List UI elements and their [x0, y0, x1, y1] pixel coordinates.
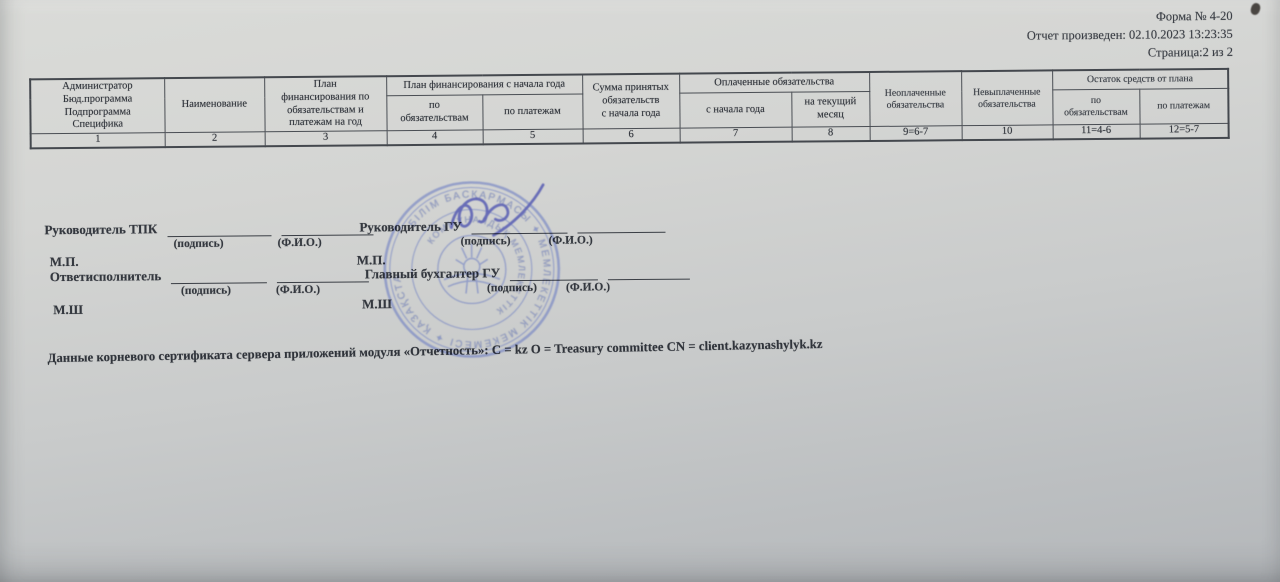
form-number: Форма № 4-20 — [1027, 8, 1233, 28]
stamp-inner-text: КОММУНАЛДЫҚ МЕМЛЕКЕТТІК — [425, 214, 527, 318]
table-header-row-groups: Администратор Бюд.программа Подпрограмма… — [30, 69, 1228, 99]
header-remainder-group: Остаток средств от плана — [1052, 69, 1228, 90]
colnum-2: 2 — [165, 132, 265, 147]
mp-mark-left: М.П. — [50, 254, 79, 270]
stamp-emblem — [444, 243, 500, 293]
document-meta: Форма № 4-20 Отчет произведен: 02.10.202… — [1027, 8, 1233, 63]
header-name: Наименование — [164, 77, 264, 133]
report-table: Администратор Бюд.программа Подпрограмма… — [29, 68, 1230, 150]
subheader-rem-by-payments: по платежам — [1139, 89, 1228, 125]
colnum-8: 8 — [792, 127, 870, 142]
fio-caption: (Ф.И.О.) — [566, 281, 610, 293]
tpk-head-signature-line: Руководитель ТПК — [44, 219, 373, 238]
tpk-head-label: Руководитель ТПК — [44, 221, 157, 238]
header-undisbursed: Невыплаченные обязательства — [961, 70, 1052, 125]
colnum-9: 9=6-7 — [870, 126, 962, 141]
header-plan-ytd-group: План финансирования с начала года — [386, 74, 582, 96]
colnum-6: 6 — [583, 128, 680, 143]
stamp-middle-ring — [411, 209, 532, 330]
fio-caption: (Ф.И.О.) — [278, 237, 322, 249]
header-paid-group: Оплаченные обязательства — [679, 72, 869, 94]
signature-blank-line — [167, 222, 271, 237]
colnum-7: 7 — [680, 127, 792, 142]
colnum-4: 4 — [387, 130, 483, 145]
executor-signature-line: Ответисполнитель — [50, 266, 369, 285]
header-admin: Администратор Бюд.программа Подпрограмма… — [30, 78, 164, 134]
sign-caption: (подпись) — [174, 238, 224, 250]
signature-blank-line — [171, 269, 267, 284]
msh-mark-left: М.Ш — [53, 302, 83, 318]
official-stamp: БІЛІМ БАСҚАРМАСЫ ✦ МЕМЛЕКЕТТІК МЕКЕМЕСІ … — [371, 169, 573, 371]
colnum-3: 3 — [265, 131, 387, 147]
subheader-from-year-start: с начала года — [679, 93, 791, 129]
colnum-11: 11=4-6 — [1053, 124, 1140, 139]
fio-blank-line — [277, 268, 369, 283]
executor-label: Ответисполнитель — [50, 268, 161, 285]
sign-caption: (подпись) — [181, 285, 231, 297]
fio-blank-line — [578, 219, 666, 234]
fio-blank-line — [608, 266, 690, 281]
header-sum-accepted: Сумма принятых обязательств с начала год… — [582, 74, 679, 130]
header-unpaid: Неоплаченные обязательства — [869, 71, 961, 126]
report-generated: Отчет произведен: 02.10.2023 13:23:35 — [1027, 26, 1233, 46]
scanned-report-page: Форма № 4-20 Отчет произведен: 02.10.202… — [0, 0, 1280, 582]
colnum-5: 5 — [483, 129, 583, 144]
header-plan-year: План финансирования по обязательствам и … — [264, 76, 386, 132]
subheader-current-month: на текущий месяц — [791, 92, 869, 128]
colnum-10: 10 — [962, 125, 1053, 140]
subheader-rem-by-obligations: по обязательствам — [1052, 89, 1139, 125]
stamp-outer-ring — [384, 182, 560, 358]
subheader-by-obligations: по обязательствам — [386, 95, 482, 131]
page-indicator: Страница:2 из 2 — [1027, 43, 1233, 63]
subheader-by-payments: по платежам — [482, 94, 582, 130]
colnum-12: 12=5-7 — [1140, 124, 1229, 139]
colnum-1: 1 — [31, 133, 165, 149]
fio-caption: (Ф.И.О.) — [276, 284, 320, 296]
